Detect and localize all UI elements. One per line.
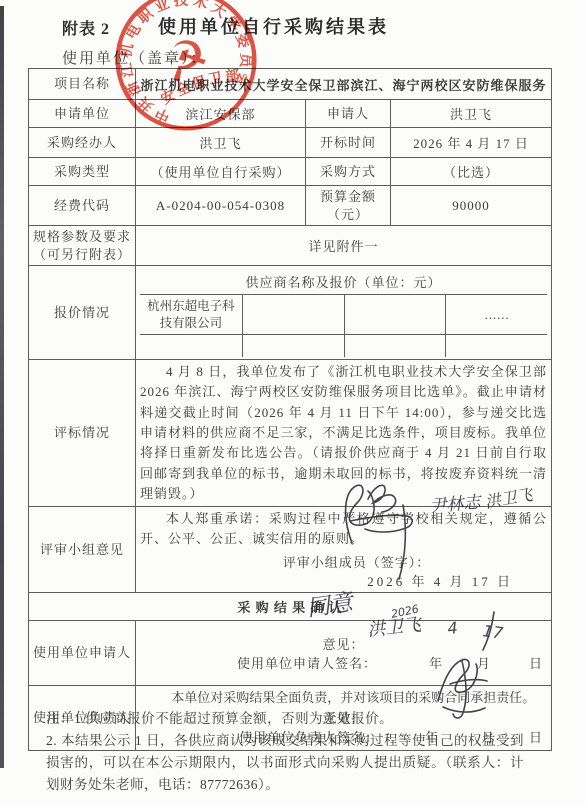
project-name-label: 项目名称 bbox=[29, 69, 136, 100]
applicant-label: 申请人 bbox=[306, 100, 391, 128]
review-cell: 本人郑重承诺：采购过程中严格遵守学校相关规定，遵循公开、公平、公正、诚实信用的原… bbox=[136, 507, 552, 593]
review-members-label: 评审小组成员（签字）： bbox=[140, 552, 547, 571]
budget-code-label: 经费代码 bbox=[29, 186, 136, 226]
table-row: 规格参数及要求 （可另行附表） 详见附件一 bbox=[29, 226, 552, 266]
stamp-line-label: 使用单位（盖章）： bbox=[62, 47, 208, 68]
budget-amount-value: 90000 bbox=[391, 186, 552, 226]
confirm-section-header: 采 购 结 果 确 认 bbox=[29, 592, 552, 620]
apply-unit-value: 滨江安保部 bbox=[136, 100, 306, 128]
supplier-cell bbox=[344, 294, 446, 334]
spec-label-line1: 规格参数及要求 bbox=[33, 228, 131, 246]
scanned-procurement-form: 附表 2 使用单位自行采购结果表 使用单位（盖章）： 中共浙江机电职业技术大学委… bbox=[0, 0, 585, 805]
applicant-opinion-label: 意见： bbox=[140, 634, 547, 653]
budget-amount-label-line1: 预算金额 bbox=[310, 188, 386, 206]
handler-value: 洪卫飞 bbox=[136, 128, 306, 158]
table-row: 评标情况 4 月 8 日，我单位发布了《浙江机电职业技术大学安全保卫部 2026… bbox=[29, 360, 552, 507]
footnote-1: 注：1.供应商报价不能超过预算金额，否则为无效报价。 bbox=[46, 708, 524, 730]
budget-amount-label-line2: （元） bbox=[310, 206, 386, 224]
applicant-value: 洪卫飞 bbox=[391, 100, 552, 128]
table-row: 采购类型 （使用单位自行采购） 采购方式 （比选） bbox=[29, 158, 552, 186]
budget-code-value: A-0204-00-054-0308 bbox=[136, 186, 306, 226]
table-row: 评审小组意见 本人郑重承诺：采购过程中严格遵守学校相关规定，遵循公开、公平、公正… bbox=[29, 507, 552, 593]
quotes-header: 供应商名称及报价（单位：元） bbox=[140, 268, 547, 294]
footnotes: 注：1.供应商报价不能超过预算金额，否则为无效报价。 2. 本结果公示 1 日，… bbox=[46, 708, 524, 795]
table-row: 项目名称 浙江机电职业技术大学安全保卫部滨江、海宁两校区安防维保服务 bbox=[29, 69, 552, 100]
month-char: 月 bbox=[477, 653, 491, 672]
table-row: 经费代码 A-0204-00-054-0308 预算金额 （元） 90000 bbox=[29, 186, 552, 226]
year-char: 年 bbox=[429, 653, 443, 672]
table-row: 报价情况 供应商名称及报价（单位：元） 杭州东超电子科技有限公司 …… bbox=[29, 266, 552, 360]
supplier-cell: …… bbox=[445, 294, 547, 334]
table-row: 采购经办人 洪卫飞 开标时间 2026 年 4 月 17 日 bbox=[29, 128, 552, 158]
table-row: 使用单位申请人 意见： 使用单位申请人签名： 年 月 日 bbox=[29, 620, 552, 685]
review-row-label: 评审小组意见 bbox=[29, 507, 136, 593]
purchase-method-label: 采购方式 bbox=[306, 158, 391, 186]
document-title: 使用单位自行采购结果表 bbox=[158, 13, 389, 39]
purchase-type-value: （使用单位自行采购） bbox=[136, 158, 306, 186]
spec-value: 详见附件一 bbox=[136, 226, 552, 266]
quote-cell-empty bbox=[242, 334, 344, 357]
open-time-label: 开标时间 bbox=[306, 128, 391, 158]
budget-amount-label: 预算金额 （元） bbox=[306, 186, 391, 226]
applicant-row-label: 使用单位申请人 bbox=[29, 620, 136, 685]
open-time-value: 2026 年 4 月 17 日 bbox=[391, 128, 552, 158]
evaluation-row-label: 评标情况 bbox=[29, 360, 136, 507]
day-char: 日 bbox=[529, 727, 543, 746]
main-table: 项目名称 浙江机电职业技术大学安全保卫部滨江、海宁两校区安防维保服务 申请单位 … bbox=[28, 68, 552, 751]
scan-edge-artifact bbox=[0, 6, 4, 768]
supplier-cell bbox=[242, 294, 344, 334]
quotes-subtable: 供应商名称及报价（单位：元） 杭州东超电子科技有限公司 …… bbox=[136, 266, 552, 360]
director-statement: 本单位对采购结果全面负责，并对该项目的采购合同承担责任。 bbox=[140, 689, 547, 707]
review-pledge: 本人郑重承诺：采购过程中严格遵守学校相关规定，遵循公开、公平、公正、诚实信用的原… bbox=[140, 509, 547, 550]
quotes-row-label: 报价情况 bbox=[29, 266, 136, 360]
spec-label-line2: （可另行附表） bbox=[33, 246, 131, 264]
table-row: 采 购 结 果 确 认 bbox=[29, 592, 552, 620]
review-date: 2026 年 4 月 17 日 bbox=[140, 571, 547, 590]
handler-label: 采购经办人 bbox=[29, 128, 136, 158]
day-char: 日 bbox=[529, 653, 543, 672]
quote-cell-empty bbox=[140, 334, 242, 357]
page-tag: 附表 2 bbox=[62, 16, 110, 39]
supplier-cell: 杭州东超电子科技有限公司 bbox=[140, 294, 242, 334]
spec-label: 规格参数及要求 （可另行附表） bbox=[29, 226, 136, 266]
purchase-method-value: （比选） bbox=[391, 158, 552, 186]
applicant-opinion-cell: 意见： 使用单位申请人签名： 年 月 日 bbox=[136, 620, 552, 685]
project-name-value: 浙江机电职业技术大学安全保卫部滨江、海宁两校区安防维保服务 bbox=[136, 69, 552, 100]
applicant-sign-line: 使用单位申请人签名： 年 月 日 bbox=[140, 653, 547, 672]
evaluation-text-cell: 4 月 8 日，我单位发布了《浙江机电职业技术大学安全保卫部 2026 年滨江、… bbox=[136, 360, 552, 507]
applicant-sign-label: 使用单位申请人签名： bbox=[237, 653, 377, 672]
quote-cell-empty bbox=[445, 334, 547, 357]
quote-cell-empty bbox=[344, 334, 446, 357]
evaluation-paragraph: 4 月 8 日，我单位发布了《浙江机电职业技术大学安全保卫部 2026 年滨江、… bbox=[140, 362, 547, 504]
footnote-2: 2. 本结果公示 1 日，各供应商认为该成交结果和采购过程等使自己的权益受到损害… bbox=[46, 730, 524, 796]
apply-unit-label: 申请单位 bbox=[29, 100, 136, 128]
table-row: 申请单位 滨江安保部 申请人 洪卫飞 bbox=[29, 100, 552, 128]
purchase-type-label: 采购类型 bbox=[29, 158, 136, 186]
